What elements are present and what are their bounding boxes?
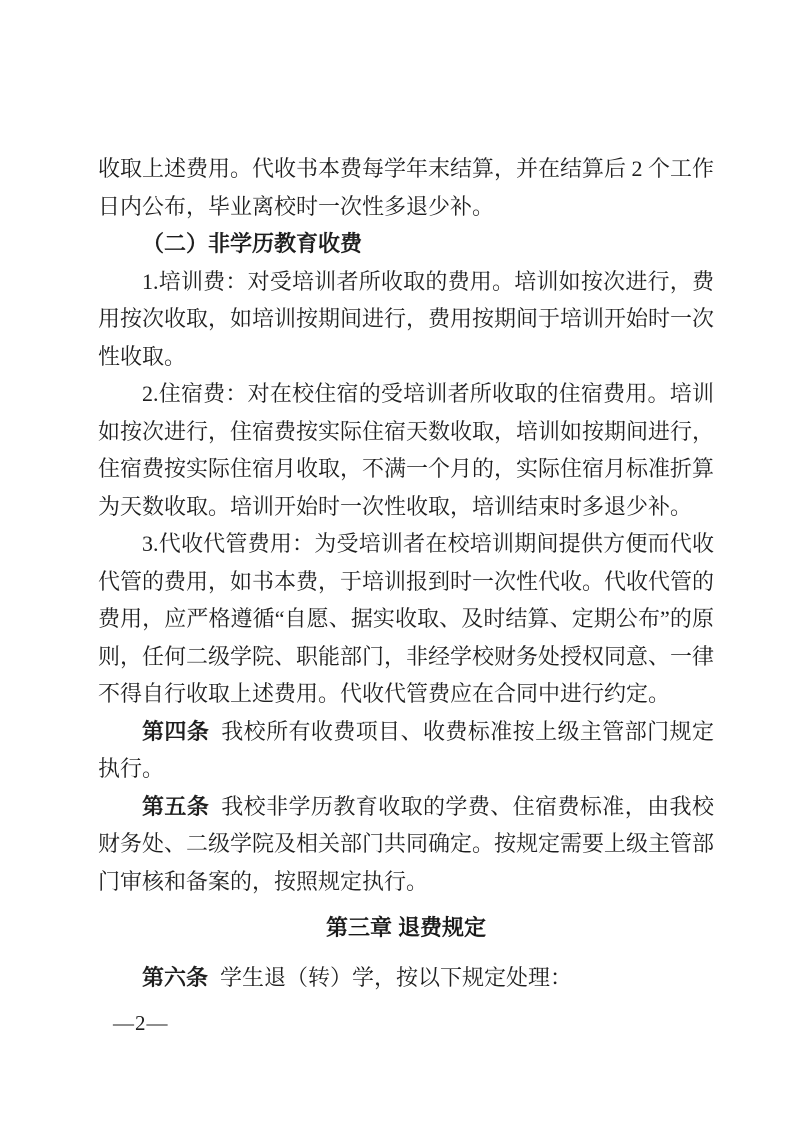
article-6-label: 第六条 — [142, 965, 208, 990]
chapter-heading-refund-rules: 第三章 退费规定 — [98, 909, 714, 947]
list-item-training-fee: 1.培训费：对受培训者所收取的费用。培训如按次进行，费用按次收取，如培训按期间进… — [98, 263, 714, 376]
list-item-collection-custody-fee: 3.代收代管费用：为受培训者在校培训期间提供方便而代收代管的费用，如书本费，于培… — [98, 525, 714, 713]
article-5: 第五条我校非学历教育收取的学费、住宿费标准，由我校财务处、二级学院及相关部门共同… — [98, 788, 714, 901]
list-item-accommodation-fee: 2.住宿费：对在校住宿的受培训者所收取的住宿费用。培训如按次进行，住宿费按实际住… — [98, 375, 714, 525]
article-6: 第六条学生退（转）学，按以下规定处理： — [98, 959, 714, 997]
document-page: 收取上述费用。代收书本费每学年末结算，并在结算后 2 个工作日内公布，毕业离校时… — [0, 0, 794, 1122]
article-4-label: 第四条 — [142, 719, 209, 744]
article-6-text: 学生退（转）学，按以下规定处理： — [220, 965, 572, 990]
paragraph-continuation: 收取上述费用。代收书本费每学年末结算，并在结算后 2 个工作日内公布，毕业离校时… — [98, 150, 714, 225]
page-number: —2— — [113, 1009, 169, 1037]
article-4: 第四条我校所有收费项目、收费标准按上级主管部门规定执行。 — [98, 713, 714, 788]
document-body: 收取上述费用。代收书本费每学年末结算，并在结算后 2 个工作日内公布，毕业离校时… — [98, 150, 714, 996]
article-5-label: 第五条 — [142, 794, 209, 819]
section-heading-non-degree-fees: （二）非学历教育收费 — [98, 225, 714, 263]
